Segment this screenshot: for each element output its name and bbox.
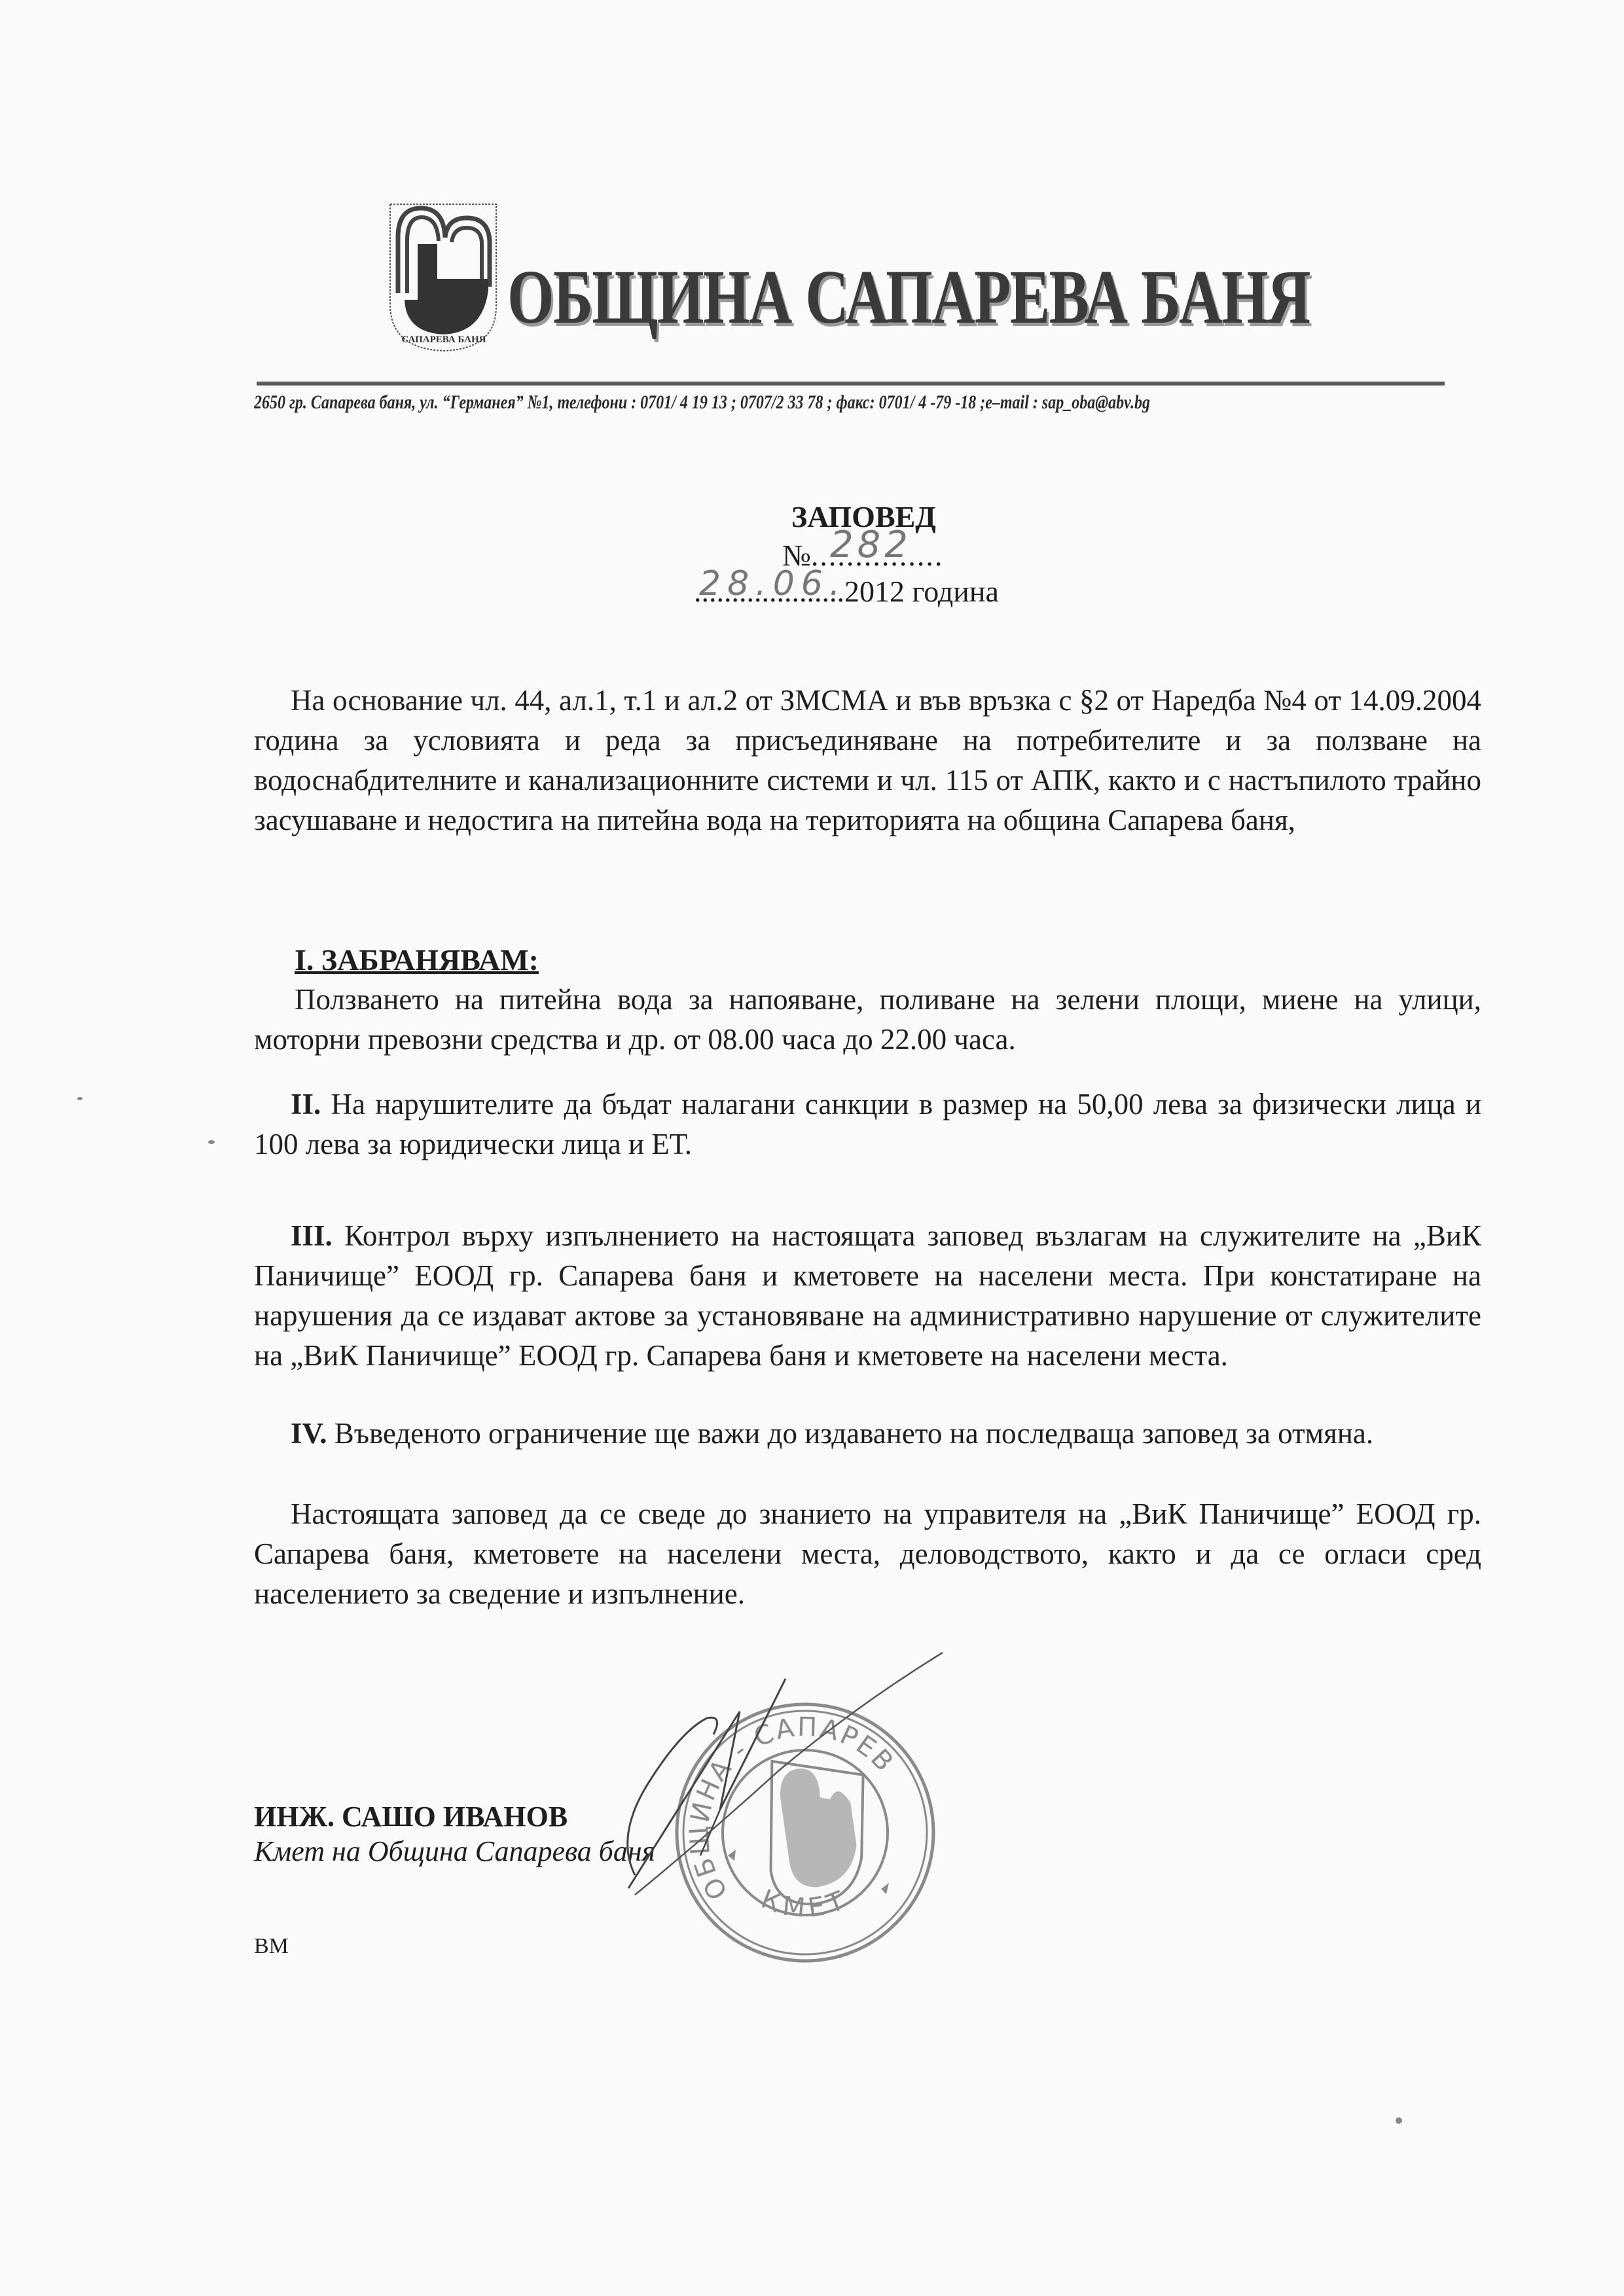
section-2-numeral: II. xyxy=(291,1088,321,1121)
section-4-numeral: IV. xyxy=(291,1417,327,1450)
closing-paragraph: Настоящата заповед да се сведе до знание… xyxy=(254,1494,1481,1614)
scan-speck xyxy=(77,1097,82,1100)
handwritten-signature-icon xyxy=(609,1640,949,1914)
order-number-handwritten: 282 xyxy=(830,524,912,566)
signer-title: Кмет на Община Сапарева баня xyxy=(254,1835,655,1868)
section-3-paragraph: III. Контрол върху изпълнението на насто… xyxy=(254,1216,1481,1376)
section-4-text: Въведеното ограничение ще важи до издава… xyxy=(334,1417,1373,1450)
section-2-text: На нарушителите да бъдат налагани санкци… xyxy=(254,1088,1481,1160)
section-2-paragraph: II. На нарушителите да бъдат налагани са… xyxy=(254,1085,1481,1164)
section-4-paragraph: IV. Въведеното ограничение ще важи до из… xyxy=(254,1414,1481,1454)
signer-name: ИНЖ. САШО ИВАНОВ xyxy=(254,1800,568,1833)
author-initials: ВМ xyxy=(254,1934,289,1959)
order-date-handwritten: 28.06. xyxy=(699,564,846,603)
section-3-numeral: III. xyxy=(291,1219,333,1252)
section-3-text: Контрол върху изпълнението на настоящата… xyxy=(254,1219,1481,1372)
scan-speck xyxy=(208,1140,215,1144)
municipal-crest-logo-icon: САПАРЕВА БАНЯ xyxy=(385,202,503,352)
section-1-heading: I. ЗАБРАНЯВАМ: xyxy=(295,942,539,977)
scan-speck xyxy=(1396,2117,1402,2124)
svg-text:САПАРЕВА БАНЯ: САПАРЕВА БАНЯ xyxy=(402,334,486,345)
preamble-paragraph: На основание чл. 44, ал.1, т.1 и ал.2 от… xyxy=(254,681,1481,840)
section-1-text: Ползването на питейна вода за напояване,… xyxy=(254,980,1481,1060)
organization-name: ОБЩИНА САПАРЕВА БАНЯ xyxy=(507,259,1310,336)
document-title: ЗАПОВЕД xyxy=(0,499,1624,534)
year-text: 2012 година xyxy=(844,575,999,608)
contact-info: 2650 гр. Сапарева баня, ул. “Германея” №… xyxy=(254,391,1150,414)
header-divider xyxy=(257,382,1445,386)
